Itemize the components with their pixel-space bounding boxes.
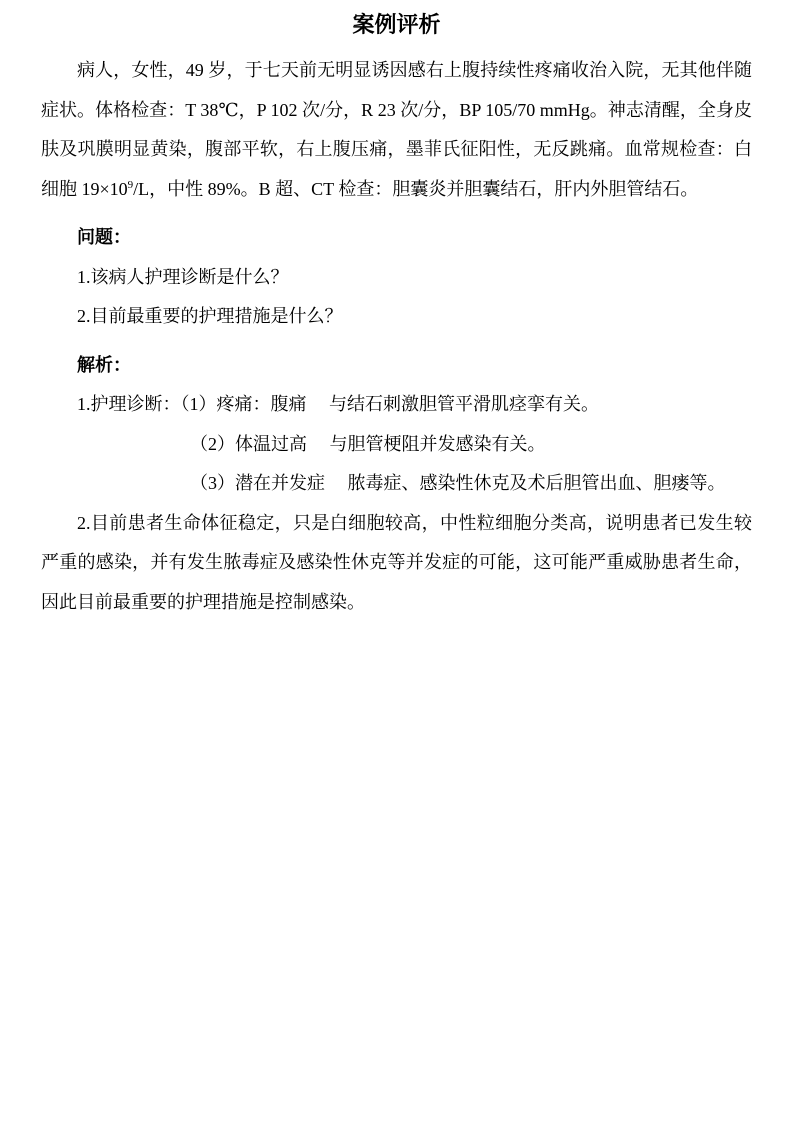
question-item-1: 1.该病人护理诊断是什么？ — [41, 258, 752, 298]
analysis-diagnosis-line-2: （2）体温过高 与胆管梗阻并发感染有关。 — [41, 425, 752, 465]
analysis-diagnosis-line-3: （3）潜在并发症 脓毒症、感染性休克及术后胆管出血、胆瘘等。 — [41, 464, 752, 504]
questions-heading: 问题： — [41, 218, 752, 258]
analysis-diagnosis-line-1: 1.护理诊断：（1）疼痛：腹痛 与结石刺激胆管平滑肌痉挛有关。 — [41, 385, 752, 425]
analysis-heading: 解析： — [41, 346, 752, 386]
question-item-2: 2.目前最重要的护理措施是什么？ — [41, 297, 752, 337]
analysis-measures-paragraph: 2.目前患者生命体征稳定，只是白细胞较高，中性粒细胞分类高，说明患者已发生较严重… — [41, 504, 752, 623]
case-description-paragraph: 病人，女性，49 岁，于七天前无明显诱因感右上腹持续性疼痛收治入院，无其他伴随症… — [41, 51, 752, 209]
document-page: 案例评析 病人，女性，49 岁，于七天前无明显诱因感右上腹持续性疼痛收治入院，无… — [0, 0, 793, 1122]
document-title: 案例评析 — [41, 8, 752, 42]
case-text-part2: /L，中性 89%。B 超、CT 检查：胆囊炎并胆囊结石，肝内外胆管结石。 — [133, 179, 698, 199]
